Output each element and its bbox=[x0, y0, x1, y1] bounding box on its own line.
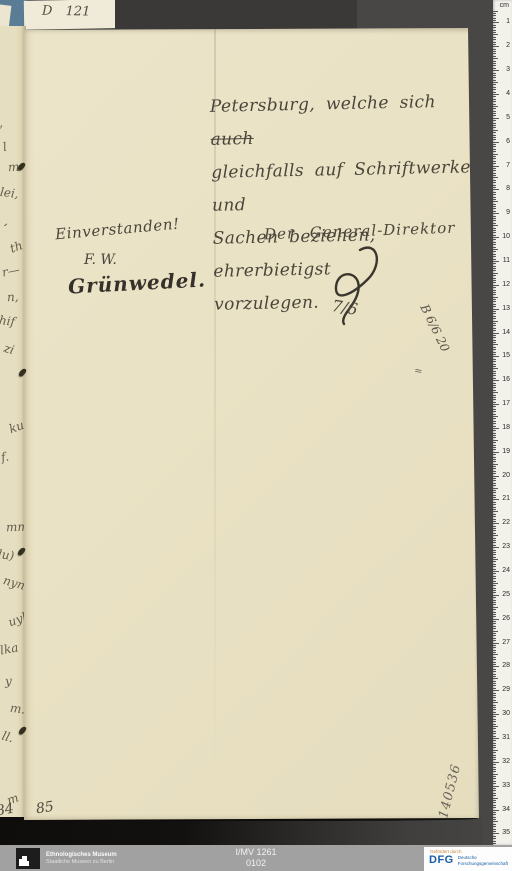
ruler-tick bbox=[493, 819, 496, 820]
ruler-tick bbox=[493, 499, 499, 500]
ruler-tick bbox=[493, 75, 496, 76]
ruler-tick bbox=[493, 32, 496, 33]
ruler-tick bbox=[493, 356, 499, 357]
ruler-tick bbox=[493, 22, 499, 23]
ruler-tick bbox=[493, 239, 496, 240]
ruler-tick bbox=[493, 163, 496, 164]
ruler-tick bbox=[493, 92, 496, 93]
ruler-tick bbox=[493, 700, 496, 701]
ruler-tick bbox=[493, 781, 496, 782]
left-edge-fragment: mm bbox=[6, 520, 26, 535]
ruler-tick bbox=[493, 53, 496, 54]
ruler-tick bbox=[493, 786, 499, 787]
ruler-tick bbox=[493, 337, 496, 338]
ruler-number: 31 bbox=[502, 734, 510, 742]
ruler-tick bbox=[493, 301, 496, 302]
ruler-tick bbox=[493, 733, 496, 734]
ruler-tick bbox=[493, 530, 496, 531]
ruler-tick bbox=[493, 194, 496, 195]
letter-body-line: Petersburg, welche sich auch bbox=[210, 85, 479, 157]
ruler-number: 35 bbox=[502, 829, 510, 837]
ruler-tick bbox=[493, 468, 496, 469]
ruler-tick bbox=[493, 251, 496, 252]
ruler-tick bbox=[493, 843, 496, 844]
ruler-tick bbox=[493, 70, 499, 71]
left-edge-fragment: lei, bbox=[0, 185, 19, 201]
ruler-number: 15 bbox=[502, 352, 510, 360]
ruler-tick bbox=[493, 516, 496, 517]
left-edge-fragment: m.. bbox=[9, 701, 26, 717]
ruler-tick bbox=[493, 616, 496, 617]
ruler-tick bbox=[493, 690, 499, 691]
ruler-number: 2 bbox=[506, 42, 510, 50]
ruler-tick bbox=[493, 800, 496, 801]
ruler-tick bbox=[493, 232, 496, 233]
ruler-tick bbox=[493, 368, 498, 369]
ruler-tick bbox=[493, 189, 499, 190]
ruler-tick bbox=[493, 201, 498, 202]
ruler-tick bbox=[493, 669, 496, 670]
ruler-tick bbox=[493, 614, 496, 615]
ruler-tick bbox=[493, 73, 496, 74]
ruler-tick bbox=[493, 84, 496, 85]
ruler-tick bbox=[493, 146, 496, 147]
ruler-tick bbox=[493, 290, 496, 291]
ruler-tick bbox=[493, 154, 498, 155]
ruler-tick bbox=[493, 285, 499, 286]
ruler-number: 34 bbox=[502, 806, 510, 814]
ruler-tick bbox=[493, 325, 496, 326]
ruler-number: 32 bbox=[502, 758, 510, 766]
ruler-tick bbox=[493, 461, 496, 462]
ruler-tick bbox=[493, 397, 496, 398]
ruler-tick bbox=[493, 242, 496, 243]
ruler-tick bbox=[493, 736, 496, 737]
ruler-tick bbox=[493, 473, 496, 474]
archival-tab: D 121 bbox=[24, 0, 117, 30]
ruler-tick bbox=[493, 244, 496, 245]
ruler-tick bbox=[493, 151, 496, 152]
ruler-tick bbox=[493, 46, 499, 47]
ruler-tick bbox=[493, 313, 496, 314]
ruler-number: 9 bbox=[506, 209, 510, 217]
ruler-tick bbox=[493, 626, 496, 627]
ruler-tick bbox=[493, 731, 496, 732]
approval-signature: Grünwedel. bbox=[67, 267, 206, 298]
ruler-tick bbox=[493, 604, 496, 605]
ruler-tick bbox=[493, 478, 496, 479]
ruler-tick bbox=[493, 654, 498, 655]
ruler-tick bbox=[493, 476, 499, 477]
ruler-tick bbox=[493, 149, 496, 150]
ruler-number: 16 bbox=[502, 376, 510, 384]
ruler-tick bbox=[493, 623, 496, 624]
ruler-number: 18 bbox=[502, 424, 510, 432]
dfg-credit: Gefördert durch DFG Deutsche Forschungsg… bbox=[424, 847, 512, 871]
ruler-tick bbox=[493, 457, 496, 458]
ruler-tick bbox=[493, 557, 496, 558]
ruler-tick bbox=[493, 836, 496, 837]
shadow-strip bbox=[115, 0, 357, 29]
ruler-tick bbox=[493, 454, 496, 455]
ruler-tick bbox=[493, 747, 496, 748]
left-edge-fragment: uyl. bbox=[6, 609, 26, 630]
ruler-tick bbox=[493, 502, 496, 503]
ruler-tick bbox=[493, 576, 496, 577]
ruler-tick bbox=[493, 724, 496, 725]
ruler-number: 27 bbox=[502, 639, 510, 647]
ruler-tick bbox=[493, 612, 496, 613]
ruler-tick bbox=[493, 590, 496, 591]
ruler-tick bbox=[493, 769, 496, 770]
ruler-tick bbox=[493, 158, 496, 159]
ruler-tick bbox=[493, 247, 496, 248]
ruler-number: 28 bbox=[502, 662, 510, 670]
ruler-tick bbox=[493, 533, 496, 534]
ruler-tick bbox=[493, 187, 496, 188]
ruler-tick bbox=[493, 681, 496, 682]
left-edge-fragment: th bbox=[8, 238, 25, 255]
page-number: 85 bbox=[35, 799, 55, 818]
ruler-tick bbox=[493, 445, 496, 446]
ruler-number: 20 bbox=[502, 472, 510, 480]
ruler-tick bbox=[493, 810, 499, 811]
ruler-tick bbox=[493, 263, 496, 264]
ruler-tick bbox=[493, 373, 496, 374]
ruler-tick bbox=[493, 528, 496, 529]
left-edge-fragment: , bbox=[3, 214, 11, 229]
ruler-tick bbox=[493, 328, 496, 329]
ruler-tick bbox=[493, 812, 496, 813]
ruler-tick bbox=[493, 492, 496, 493]
ruler-tick bbox=[493, 459, 496, 460]
ruler-tick bbox=[493, 299, 496, 300]
dfg-row: DFG Deutsche Forschungsgemeinschaft bbox=[429, 855, 512, 866]
ruler-tick bbox=[493, 831, 496, 832]
ruler-number: 3 bbox=[506, 66, 510, 74]
ruler-tick bbox=[493, 685, 496, 686]
ruler-tick bbox=[493, 87, 496, 88]
ruler-tick bbox=[493, 440, 498, 441]
approval-initials: F. W. bbox=[84, 252, 117, 268]
ruler-tick bbox=[493, 571, 499, 572]
ruler-tick bbox=[493, 583, 498, 584]
ruler-tick bbox=[493, 395, 496, 396]
ruler-tick bbox=[493, 206, 496, 207]
ruler-tick bbox=[493, 449, 496, 450]
ruler-tick bbox=[493, 609, 496, 610]
ruler-tick bbox=[493, 428, 499, 429]
ruler-tick bbox=[493, 688, 496, 689]
ruler-tick bbox=[493, 588, 496, 589]
ruler-tick bbox=[493, 433, 496, 434]
ruler-tick bbox=[493, 280, 496, 281]
ruler-tick bbox=[493, 266, 496, 267]
ruler-tick bbox=[493, 170, 496, 171]
ruler-number: 29 bbox=[502, 686, 510, 694]
body-text: Petersburg, welche sich bbox=[210, 92, 436, 117]
ruler-number: 7 bbox=[506, 162, 510, 170]
ruler-tick bbox=[493, 573, 496, 574]
left-edge-fragment: ku bbox=[7, 418, 26, 436]
ruler-tick bbox=[493, 559, 498, 560]
ruler-tick bbox=[493, 392, 498, 393]
dfg-logo: DFG bbox=[429, 855, 454, 866]
left-edge-fragment: n, bbox=[7, 290, 19, 304]
ruler-tick bbox=[493, 204, 496, 205]
ruler-tick bbox=[493, 841, 496, 842]
ruler-tick bbox=[493, 783, 496, 784]
ruler-tick bbox=[493, 106, 498, 107]
ruler-tick bbox=[493, 268, 496, 269]
ruler-tick bbox=[493, 511, 498, 512]
approval-note: Einverstanden! bbox=[54, 215, 180, 244]
ruler-tick bbox=[493, 798, 498, 799]
ruler-tick bbox=[493, 306, 496, 307]
ruler-tick bbox=[493, 485, 496, 486]
ruler-tick bbox=[493, 805, 496, 806]
ruler-tick bbox=[493, 18, 496, 19]
ruler-tick bbox=[493, 676, 496, 677]
ruler-tick bbox=[493, 602, 496, 603]
ruler-tick bbox=[493, 387, 496, 388]
ruler-tick bbox=[493, 755, 496, 756]
ruler-tick bbox=[493, 523, 499, 524]
left-edge-fragment: zi bbox=[2, 341, 16, 357]
left-edge-fragment: lu) bbox=[0, 547, 15, 563]
ruler-tick bbox=[493, 89, 496, 90]
ruler-tick bbox=[493, 292, 496, 293]
ruler-tick bbox=[493, 101, 496, 102]
ruler-tick bbox=[493, 321, 498, 322]
ruler-tick bbox=[493, 635, 496, 636]
ruler-tick bbox=[493, 230, 496, 231]
ruler-tick bbox=[493, 826, 496, 827]
ruler-tick bbox=[493, 166, 499, 167]
ruler-tick bbox=[493, 592, 496, 593]
ruler-tick bbox=[493, 352, 496, 353]
ruler-tick bbox=[493, 817, 496, 818]
ruler-tick bbox=[493, 466, 496, 467]
ruler-tick bbox=[493, 371, 496, 372]
ruler-tick bbox=[493, 68, 496, 69]
ruler-number: 22 bbox=[502, 519, 510, 527]
ruler-tick bbox=[493, 111, 496, 112]
ruler-number: 13 bbox=[502, 305, 510, 313]
ruler-tick bbox=[493, 435, 496, 436]
ruler-tick bbox=[493, 585, 496, 586]
ruler-tick bbox=[493, 526, 496, 527]
ruler-tick bbox=[493, 657, 496, 658]
ruler-tick bbox=[493, 569, 496, 570]
ruler-tick bbox=[493, 778, 496, 779]
ruler-tick bbox=[493, 745, 496, 746]
ruler-tick bbox=[493, 671, 496, 672]
left-edge-fragment: r— bbox=[1, 262, 21, 279]
ruler-tick bbox=[493, 354, 496, 355]
ruler-tick bbox=[493, 11, 498, 12]
ruler-tick bbox=[493, 776, 496, 777]
ruler-tick bbox=[493, 414, 496, 415]
ruler-number: 6 bbox=[506, 138, 510, 146]
ruler-number: 8 bbox=[506, 185, 510, 193]
signature-paraph bbox=[320, 244, 384, 349]
ruler-tick bbox=[493, 764, 496, 765]
ruler-tick bbox=[493, 113, 496, 114]
ruler-tick bbox=[493, 161, 496, 162]
ruler-tick bbox=[493, 383, 496, 384]
ruler-tick bbox=[493, 452, 499, 453]
ruler-tick bbox=[493, 542, 496, 543]
ruler-tick bbox=[493, 399, 496, 400]
ruler-tick bbox=[493, 380, 499, 381]
ruler-tick bbox=[493, 490, 496, 491]
ruler-tick bbox=[493, 693, 496, 694]
ruler-number: 21 bbox=[502, 495, 510, 503]
ruler-tick bbox=[493, 633, 496, 634]
ruler-tick bbox=[493, 225, 498, 226]
ruler-tick bbox=[493, 30, 496, 31]
ruler-tick bbox=[493, 273, 498, 274]
ruler-tick bbox=[493, 504, 496, 505]
ruler: cm 1234567891011121314151617181920212223… bbox=[493, 0, 512, 845]
ruler-tick bbox=[493, 409, 496, 410]
ruler-tick bbox=[493, 228, 496, 229]
ruler-tick bbox=[493, 581, 496, 582]
ruler-tick bbox=[493, 44, 496, 45]
ruler-tick bbox=[493, 521, 496, 522]
ruler-tick bbox=[493, 714, 499, 715]
ruler-tick bbox=[493, 719, 496, 720]
ruler-number: 30 bbox=[502, 710, 510, 718]
ruler-tick bbox=[493, 824, 496, 825]
ruler-tick bbox=[493, 664, 496, 665]
ruler-tick bbox=[493, 678, 498, 679]
ruler-tick bbox=[493, 27, 496, 28]
left-edge-fragment: hif bbox=[0, 313, 16, 329]
ruler-tick bbox=[493, 135, 496, 136]
ruler-tick bbox=[493, 309, 499, 310]
ruler-tick bbox=[493, 63, 496, 64]
ruler-tick bbox=[493, 235, 496, 236]
ruler-tick bbox=[493, 540, 496, 541]
ruler-tick bbox=[493, 65, 496, 66]
ruler-tick bbox=[493, 144, 496, 145]
previous-page-edge: ,lmlei,,thr—n,hifzikuf.mmlu)nynuyl.lkaym… bbox=[0, 26, 26, 820]
ruler-tick bbox=[493, 402, 496, 403]
ruler-tick bbox=[493, 344, 498, 345]
ruler-tick bbox=[493, 366, 496, 367]
ruler-tick bbox=[493, 550, 496, 551]
ruler-number: 25 bbox=[502, 591, 510, 599]
ruler-tick bbox=[493, 211, 496, 212]
footer-bar: Ethnologisches Museum Staatliche Museen … bbox=[0, 845, 512, 871]
ruler-tick bbox=[493, 838, 496, 839]
ruler-tick bbox=[493, 304, 496, 305]
ruler-tick bbox=[493, 552, 496, 553]
ruler-tick bbox=[493, 483, 496, 484]
left-edge-fragment: nyn bbox=[2, 573, 26, 593]
ruler-tick bbox=[493, 640, 496, 641]
tab-note: D 121 bbox=[42, 4, 91, 20]
ruler-tick bbox=[493, 390, 496, 391]
ruler-number: 1 bbox=[506, 18, 510, 26]
ruler-tick bbox=[493, 316, 496, 317]
ruler-tick bbox=[493, 249, 498, 250]
ruler-tick bbox=[493, 697, 496, 698]
ruler-unit-label: cm bbox=[500, 2, 509, 9]
ruler-tick bbox=[493, 743, 496, 744]
ruler-tick bbox=[493, 259, 496, 260]
ruler-tick bbox=[493, 833, 499, 834]
ruler-tick bbox=[493, 721, 496, 722]
signature-flourish-icon bbox=[320, 244, 384, 344]
ruler-tick bbox=[493, 600, 496, 601]
ruler-tick bbox=[493, 802, 496, 803]
ruler-tick bbox=[493, 192, 496, 193]
ruler-tick bbox=[493, 423, 496, 424]
ruler-tick bbox=[493, 115, 496, 116]
ruler-tick bbox=[493, 349, 496, 350]
ruler-tick bbox=[493, 547, 499, 548]
ruler-tick bbox=[493, 130, 498, 131]
ruler-tick bbox=[493, 759, 496, 760]
ruler-tick bbox=[493, 793, 496, 794]
ruler-tick bbox=[493, 77, 496, 78]
ruler-tick bbox=[493, 318, 496, 319]
ruler-number: 24 bbox=[502, 567, 510, 575]
ruler-tick bbox=[493, 218, 496, 219]
ruler-tick bbox=[493, 566, 496, 567]
ruler-tick bbox=[493, 447, 496, 448]
ruler-tick bbox=[493, 359, 496, 360]
ruler-tick bbox=[493, 80, 496, 81]
ruler-tick bbox=[493, 168, 496, 169]
ruler-tick bbox=[493, 538, 496, 539]
left-edge-fragment: l bbox=[2, 140, 8, 154]
ruler-tick bbox=[493, 185, 496, 186]
ruler-number: 12 bbox=[502, 281, 510, 289]
ruler-number: 14 bbox=[502, 329, 510, 337]
ruler-tick bbox=[493, 728, 496, 729]
ruler-tick bbox=[493, 795, 496, 796]
ruler-tick bbox=[493, 418, 496, 419]
ruler-tick bbox=[493, 767, 496, 768]
ruler-tick bbox=[493, 39, 496, 40]
ruler-tick bbox=[493, 674, 496, 675]
left-edge-fragment: f. bbox=[0, 449, 10, 464]
ruler-tick bbox=[493, 13, 496, 14]
ruler-tick bbox=[493, 132, 496, 133]
ruler-tick bbox=[493, 821, 498, 822]
ruler-number: 10 bbox=[502, 233, 510, 241]
ruler-tick bbox=[493, 716, 496, 717]
ruler-tick bbox=[493, 311, 496, 312]
ruler-tick bbox=[493, 223, 496, 224]
ruler-tick bbox=[493, 323, 496, 324]
ruler-tick bbox=[493, 564, 496, 565]
ruler-tick bbox=[493, 139, 496, 140]
ruler-tick bbox=[493, 509, 496, 510]
ruler-tick bbox=[493, 705, 496, 706]
ruler-tick bbox=[493, 829, 496, 830]
ruler-number: 19 bbox=[502, 448, 510, 456]
ruler-tick bbox=[493, 34, 498, 35]
ruler-tick bbox=[493, 464, 498, 465]
letter-page: Petersburg, welche sich auch gleichfalls… bbox=[24, 28, 479, 820]
ruler-tick bbox=[493, 650, 496, 651]
ruler-tick bbox=[493, 340, 496, 341]
